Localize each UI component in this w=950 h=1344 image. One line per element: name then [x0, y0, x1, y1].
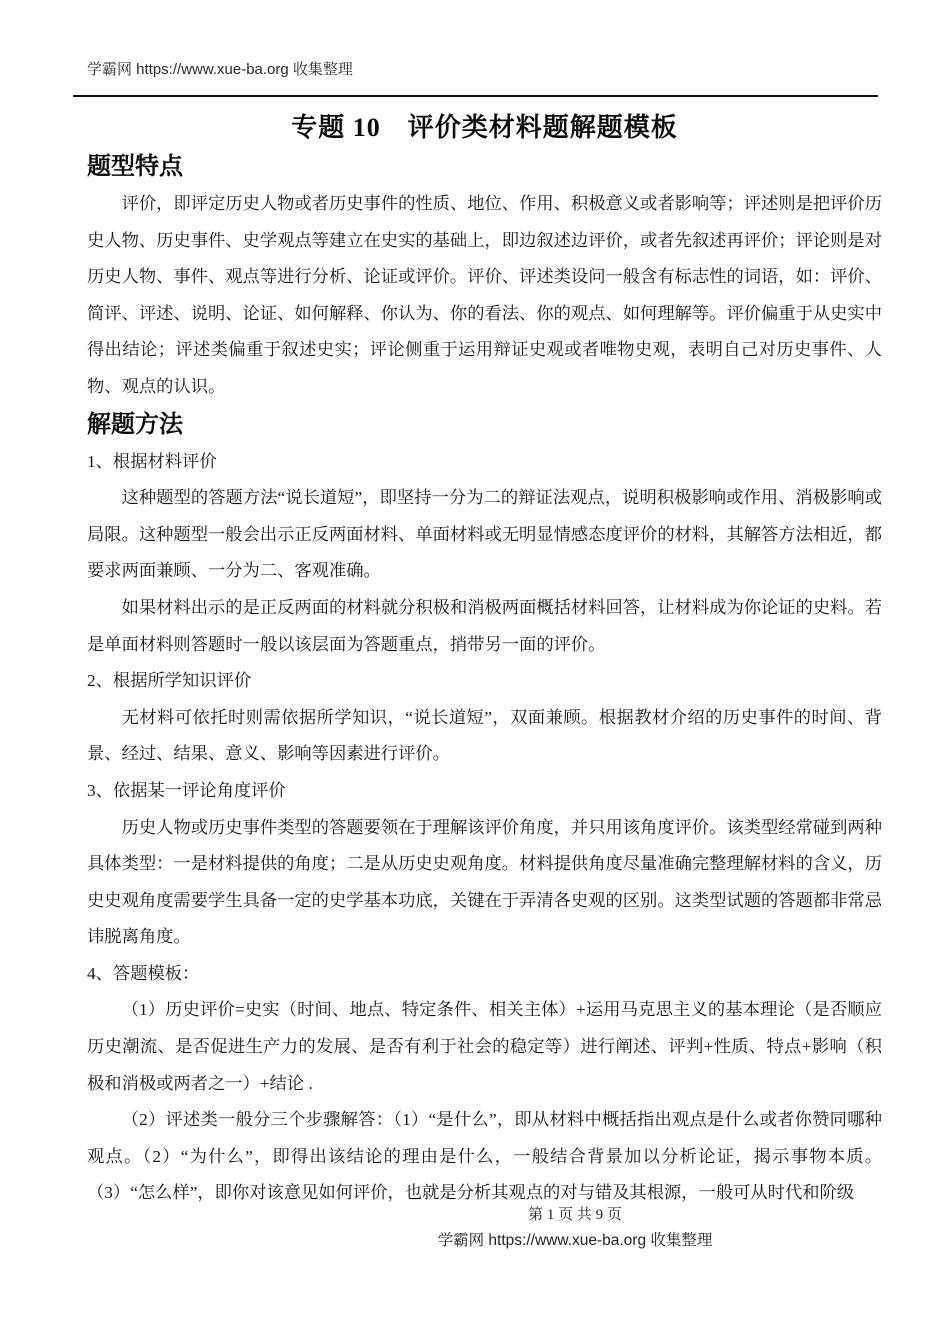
list-item-3-evaluate-by-angle: 3、依据某一评论角度评价	[87, 773, 882, 810]
list-item-1-evaluate-by-material: 1、根据材料评价	[87, 444, 882, 481]
page-footer: 第 1 页 共 9 页 学霸网 https://www.xue-ba.org 收…	[200, 1202, 950, 1254]
list-item-2-evaluate-by-knowledge: 2、根据所学知识评价	[87, 663, 882, 700]
heading-solution-methods: 解题方法	[87, 406, 882, 444]
header-site-label: 学霸网 https://www.xue-ba.org 收集整理	[87, 58, 353, 79]
header-divider	[73, 95, 878, 97]
paragraph-question-type-overview: 评价，即评定历史人物或者历史事件的性质、地位、作用、积极意义或者影响等；评述则是…	[87, 186, 882, 406]
list-item-4-answer-template: 4、答题模板：	[87, 956, 882, 993]
paragraph-method-1b: 如果材料出示的是正反两面的材料就分积极和消极两面概括材料回答，让材料成为你论证的…	[87, 590, 882, 663]
paragraph-method-2: 无材料可依托时则需依据所学知识，“说长道短”，双面兼顾。根据教材介绍的历史事件的…	[87, 700, 882, 773]
paragraph-method-1a: 这种题型的答题方法“说长道短”，即坚持一分为二的辩证法观点，说明积极影响或作用、…	[87, 480, 882, 590]
footer-site-label: 学霸网 https://www.xue-ba.org 收集整理	[200, 1228, 950, 1254]
document-content: 专题 10 评价类材料题解题模板 题型特点 评价，即评定历史人物或者历史事件的性…	[87, 100, 882, 1212]
paragraph-method-3: 历史人物或历史事件类型的答题要领在于理解该评价角度，并只用该角度评价。该类型经常…	[87, 810, 882, 956]
paragraph-template-2-three-steps: （2）评述类一般分三个步骤解答：（1）“是什么”，即从材料中概括指出观点是什么或…	[87, 1102, 882, 1212]
paragraph-template-1-historical-evaluation: （1）历史评价=史实（时间、地点、特定条件、相关主体）+运用马克思主义的基本理论…	[87, 992, 882, 1102]
page-indicator: 第 1 页 共 9 页	[200, 1202, 950, 1228]
heading-question-type-features: 题型特点	[87, 148, 882, 186]
document-page: 学霸网 https://www.xue-ba.org 收集整理 专题 10 评价…	[0, 0, 950, 1344]
document-title: 专题 10 评价类材料题解题模板	[87, 108, 882, 148]
